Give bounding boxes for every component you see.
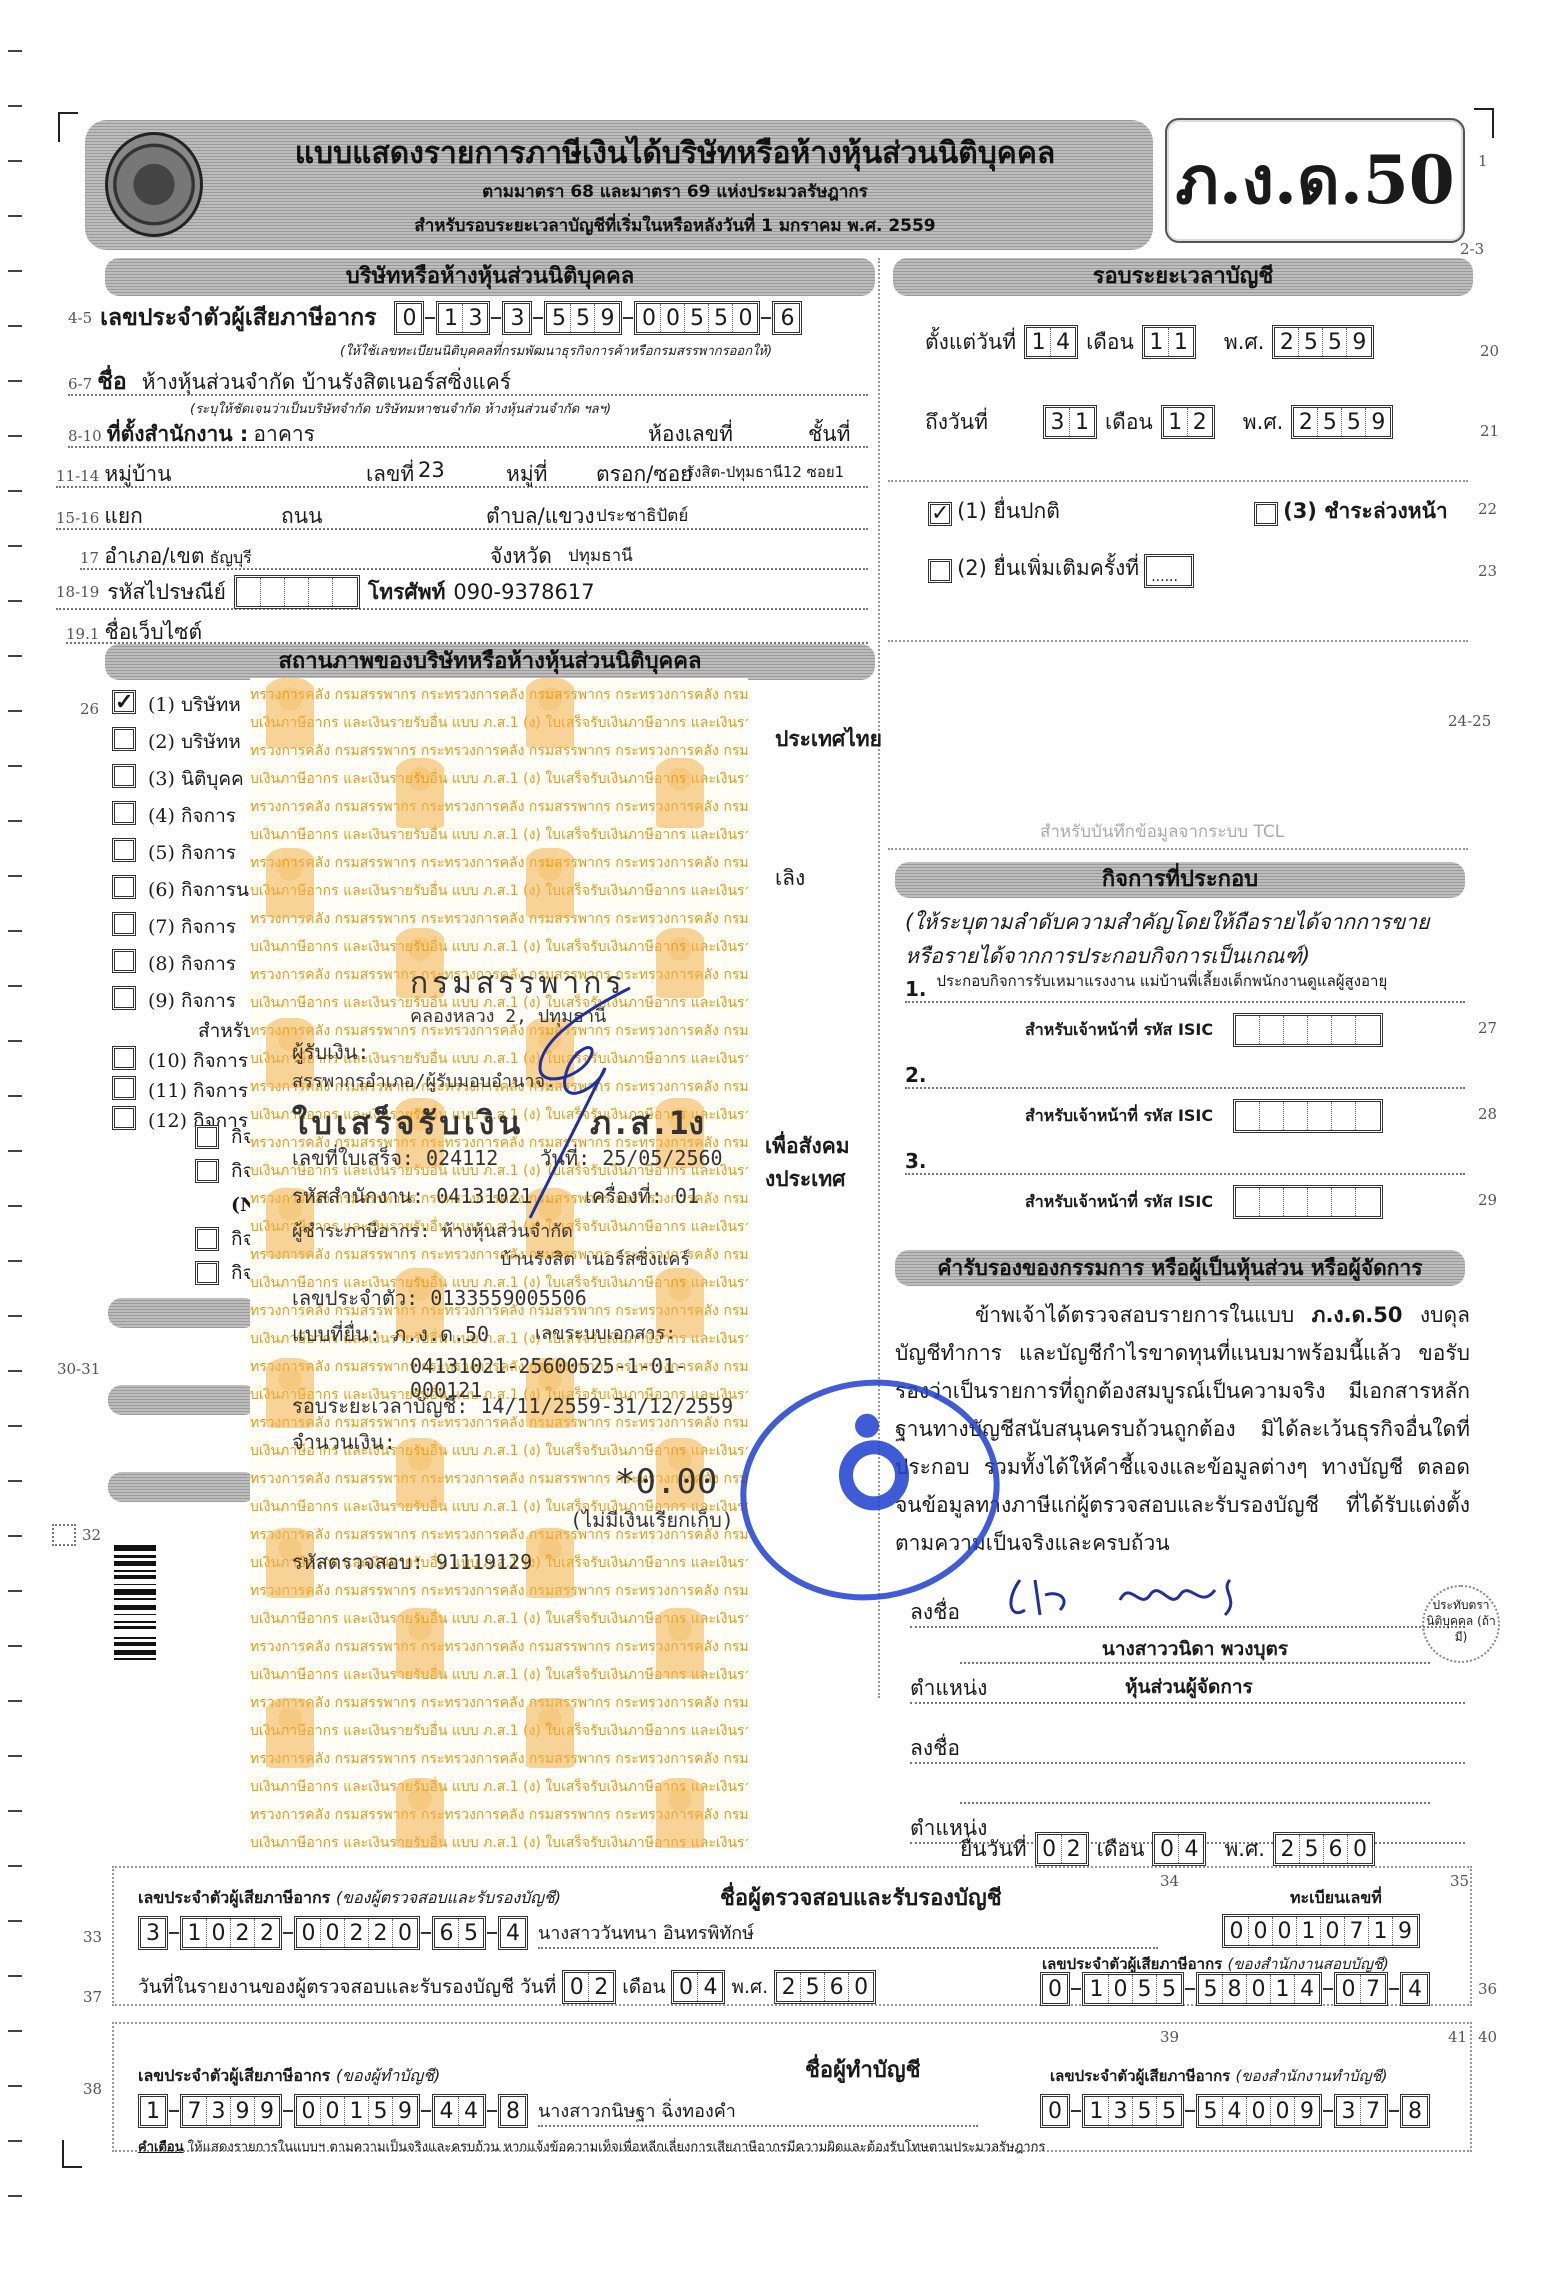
digit-cell: 4 bbox=[1223, 2097, 1247, 2125]
digit-group[interactable]: 3 bbox=[502, 301, 532, 335]
barcode-bar bbox=[114, 1658, 156, 1660]
digit-group[interactable]: 1 bbox=[138, 2094, 168, 2128]
auditor-taxid-input[interactable]: 3102200220654 bbox=[138, 1916, 528, 1950]
from-year-input[interactable]: 2559 bbox=[1272, 325, 1374, 359]
tax-id-input[interactable]: 0133559005506 bbox=[394, 301, 802, 335]
field-no: 29 bbox=[1478, 1191, 1497, 1209]
status-tail: เพื่อสังคม bbox=[765, 1130, 850, 1163]
filing-advance-label: (3) ชำระล่วงหน้า bbox=[1283, 499, 1448, 523]
warning-label: คำเตือน bbox=[138, 2140, 184, 2155]
digit-group[interactable]: 1355 bbox=[1082, 2094, 1184, 2128]
margin-tick bbox=[8, 490, 22, 492]
margin-tick bbox=[8, 1865, 22, 1867]
checkbox-filing-additional[interactable] bbox=[928, 559, 952, 583]
digit-cell: 8 bbox=[1223, 1975, 1247, 2003]
watermark-text: ทรวงการคลัง กรมสรรพากร กระทรวงการคลัง กร… bbox=[250, 908, 748, 930]
digit-cell: 3 bbox=[505, 304, 529, 332]
digit-cell: 1 bbox=[1297, 1917, 1321, 1945]
auditor-reg-input[interactable]: 00010719 bbox=[1222, 1914, 1420, 1948]
bookkeeper-taxid-input[interactable]: 1739900159448 bbox=[138, 2094, 528, 2128]
signer-name-line-2 bbox=[960, 1774, 1430, 1804]
to-day-input[interactable]: 31 bbox=[1043, 405, 1097, 439]
field-no: 17 bbox=[80, 549, 99, 567]
from-day-input[interactable]: 14 bbox=[1024, 325, 1078, 359]
house-number-value[interactable]: 23 bbox=[418, 458, 445, 482]
dash bbox=[425, 317, 435, 319]
signer-signature-icon bbox=[1000, 1570, 1260, 1630]
digit-group[interactable]: 1022 bbox=[180, 1916, 282, 1950]
field-no: 27 bbox=[1478, 1019, 1497, 1037]
auditor-taxid-row: 3102200220654 นางสาววันทนา อินทรพิทักษ์ bbox=[138, 1916, 1158, 1950]
digit-cell: 7 bbox=[1345, 1917, 1369, 1945]
field-no: 26 bbox=[80, 700, 99, 718]
margin-tick bbox=[8, 710, 22, 712]
digit-cell: 1 bbox=[1164, 408, 1188, 436]
digit-cell: 1 bbox=[1085, 2097, 1109, 2125]
margin-tick bbox=[8, 325, 22, 327]
digit-cell bbox=[1284, 1016, 1308, 1044]
status-checkbox[interactable]: ✓ bbox=[112, 690, 136, 714]
margin-tick bbox=[8, 765, 22, 767]
postal-label: รหัสไปรษณีย์ bbox=[107, 576, 226, 609]
auditor-name-label: ชื่อผู้ตรวจสอบและรับรองบัญชี bbox=[720, 1880, 1002, 1915]
receipt-receiver-label: ผู้รับเงิน: bbox=[292, 1036, 369, 1068]
province-value[interactable]: ปทุมธานี bbox=[568, 542, 633, 569]
margin-tick bbox=[8, 1425, 22, 1427]
digit-group[interactable]: 1055 bbox=[1082, 1972, 1184, 2006]
digit-group[interactable]: 44 bbox=[432, 2094, 486, 2128]
floor-label: ชั้นที่ bbox=[808, 418, 850, 451]
margin-tick bbox=[8, 215, 22, 217]
dash bbox=[1185, 1988, 1195, 1990]
digit-cell: 0 bbox=[1225, 1917, 1249, 1945]
cert-form-code: ภ.ง.ด.50 bbox=[1312, 1303, 1403, 1327]
digit-group[interactable]: 8 bbox=[1400, 2094, 1430, 2128]
status-label: (11) กิจการ bbox=[148, 1080, 248, 1102]
dash bbox=[1071, 2110, 1081, 2112]
status-label: (10) กิจการ bbox=[148, 1050, 248, 1072]
form-code: ภ.ง.ด.50 bbox=[1175, 128, 1454, 233]
field-no: 15-16 bbox=[56, 509, 99, 527]
digit-cell: 4 bbox=[435, 2097, 459, 2125]
filed-month-input[interactable]: 04 bbox=[1152, 1832, 1206, 1866]
status-label: (1) บริษัทห bbox=[148, 694, 241, 716]
tcl-area-divider bbox=[888, 848, 1468, 850]
digit-cell: 2 bbox=[345, 1919, 369, 1947]
digit-cell: 5 bbox=[709, 304, 733, 332]
margin-tick bbox=[8, 2140, 22, 2142]
status-section-heading: สถานภาพของบริษัทหรือห้างหุ้นส่วนนิติบุคค… bbox=[105, 644, 875, 680]
bookkeeper-name-label: ชื่อผู้ทำบัญชี bbox=[805, 2052, 921, 2087]
digit-group[interactable]: 58014 bbox=[1196, 1972, 1322, 2006]
auditor-taxid-label: เลขประจำตัวผู้เสียภาษีอากร (ของผู้ตรวจสอ… bbox=[138, 1886, 561, 1911]
seal-note: ประทับตรา นิติบุคคล (ถ้ามี) bbox=[1426, 1598, 1496, 1644]
digit-cell: 2 bbox=[1276, 1835, 1300, 1863]
report-date-label: วันที่ในรายงานของผู้ตรวจสอบและรับรองบัญช… bbox=[138, 1972, 556, 2002]
digit-cell: 1 bbox=[439, 304, 463, 332]
margin-tick bbox=[8, 545, 22, 547]
digit-cell bbox=[1308, 1102, 1332, 1130]
digit-group[interactable]: 7399 bbox=[180, 2094, 282, 2128]
status-checkbox[interactable] bbox=[112, 1106, 136, 1130]
bookkeeper-name[interactable]: นางสาวกนิษฐา ฉิ่งทองคำ bbox=[538, 2096, 978, 2127]
status-checkbox[interactable] bbox=[112, 1076, 136, 1100]
receipt-taxid-label: เลขประจำตัว: bbox=[292, 1286, 418, 1310]
margin-tick bbox=[8, 1260, 22, 1262]
period-from-row: ตั้งแต่วันที่ 14 เดือน 11 พ.ศ. 2559 bbox=[925, 325, 1374, 359]
check-code-label: รหัสตรวจสอบ: bbox=[292, 1550, 424, 1574]
from-year-label: พ.ศ. bbox=[1224, 326, 1265, 359]
digit-cell: 5 bbox=[547, 304, 571, 332]
postal-code-input[interactable] bbox=[234, 575, 360, 609]
form-header: แบบแสดงรายการภาษีเงินได้บริษัทหรือห้างหุ… bbox=[85, 120, 1153, 250]
tax-receipt: ทรวงการคลัง กรมสรรพากร กระทรวงการคลัง กร… bbox=[250, 678, 748, 1853]
digit-cell: 0 bbox=[297, 1919, 321, 1947]
digit-cell: 0 bbox=[1273, 1917, 1297, 1945]
digit-cell: 0 bbox=[297, 2097, 321, 2125]
digit-cell bbox=[1260, 1016, 1284, 1044]
moo-label: หมู่ที่ bbox=[506, 458, 548, 491]
soi-value[interactable]: รังสิต-ปทุมธานี12 ซอย1 bbox=[686, 460, 844, 484]
digit-cell bbox=[1260, 1188, 1284, 1216]
tax-section-bar bbox=[108, 1385, 258, 1415]
digit-group[interactable]: 65 bbox=[432, 1916, 486, 1950]
filed-date-row: ยื่นวันที่ 02 เดือน 04 พ.ศ. 2560 bbox=[960, 1832, 1375, 1866]
form-filed-label: แบบที่ยื่น: bbox=[292, 1322, 381, 1346]
machine-no: 01 bbox=[675, 1184, 699, 1208]
watermark-text: บเงินภาษีอากร และเงินรายรับอื่น แบบ ภ.ส.… bbox=[250, 712, 748, 734]
corner-mark-bl bbox=[62, 2140, 64, 2168]
digit-cell: 5 bbox=[1318, 408, 1342, 436]
garuda-emblem-icon bbox=[650, 1608, 710, 1678]
digit-cell bbox=[1284, 1102, 1308, 1130]
district-value[interactable]: ธัญบุรี bbox=[210, 548, 252, 567]
label-note: (ของสำนักงานสอบบัญชี) bbox=[1227, 1955, 1388, 1973]
report-year-input[interactable]: 2560 bbox=[774, 1970, 876, 2004]
subdistrict-label: ตำบล/แขวง bbox=[486, 500, 595, 533]
digit-cell: 5 bbox=[1199, 2097, 1223, 2125]
label-text: เลขประจำตัวผู้เสียภาษีอากร bbox=[1050, 2067, 1230, 2085]
field-no: 30-31 bbox=[57, 1360, 100, 1378]
barcode-bar bbox=[114, 1584, 156, 1585]
bookkeeper-office-taxid-label: เลขประจำตัวผู้เสียภาษีอากร (ของสำนักงานท… bbox=[1050, 2064, 1387, 2088]
isic-label: สำหรับเจ้าหน้าที่ รหัส ISIC bbox=[1025, 1190, 1213, 1215]
office-row: 8-10 ที่ตั้งสำนักงาน : อาคาร ห้องเลขที่ … bbox=[68, 418, 868, 448]
dash bbox=[487, 2110, 497, 2112]
digit-cell: 2 bbox=[231, 1919, 255, 1947]
digit-group[interactable]: 4 bbox=[498, 1916, 528, 1950]
barcode-bar bbox=[114, 1626, 156, 1629]
digit-group[interactable]: 559 bbox=[544, 301, 622, 335]
digit-cell: 4 bbox=[698, 1973, 722, 2001]
field-no: 35 bbox=[1450, 1872, 1469, 1890]
digit-group[interactable]: 4 bbox=[1400, 1972, 1430, 2006]
label-text: เลขประจำตัวผู้เสียภาษีอากร bbox=[1042, 1955, 1222, 1973]
auditor-report-date-row: วันที่ในรายงานของผู้ตรวจสอบและรับรองบัญช… bbox=[138, 1970, 876, 2004]
barcode-bar bbox=[114, 1598, 156, 1600]
address-row-3: 17 อำเภอ/เขต ธัญบุรี จังหวัด ปทุมธานี bbox=[80, 540, 868, 570]
digit-cell: 1 bbox=[141, 2097, 165, 2125]
margin-tick bbox=[8, 1535, 22, 1537]
village-label: หมู่บ้าน bbox=[104, 462, 171, 486]
digit-cell: 0 bbox=[397, 304, 421, 332]
digit-cell bbox=[1356, 1188, 1380, 1216]
digit-group[interactable]: 3 bbox=[138, 1916, 168, 1950]
margin-tick bbox=[8, 1040, 22, 1042]
filing-additional[interactable]: (2) ยื่นเพิ่มเติมครั้งที่ ...... bbox=[928, 552, 1194, 588]
label-note: (ของสำนักงานทำบัญชี) bbox=[1235, 2067, 1387, 2085]
auditor-office-taxid-input[interactable]: 0105558014074 bbox=[1040, 1972, 1430, 2006]
digit-group[interactable]: 00159 bbox=[294, 2094, 420, 2128]
checkbox-filing-normal[interactable]: ✓ bbox=[928, 502, 952, 526]
garuda-emblem-icon bbox=[390, 1608, 450, 1678]
status-checkbox[interactable] bbox=[112, 727, 136, 751]
status-checkbox[interactable] bbox=[195, 1125, 219, 1149]
office-label: ที่ตั้งสำนักงาน : bbox=[107, 422, 249, 446]
status-checkbox[interactable] bbox=[112, 764, 136, 788]
period-divider bbox=[888, 480, 1468, 482]
field-no: 23 bbox=[1478, 562, 1497, 580]
digit-cell: 0 bbox=[1321, 1917, 1345, 1945]
digit-cell: 3 bbox=[1337, 2097, 1361, 2125]
status-tail: เลิง bbox=[775, 862, 805, 895]
corner-mark-tr-v bbox=[1492, 108, 1494, 138]
auditor-name[interactable]: นางสาววันทนา อินทรพิทักษ์ bbox=[538, 1918, 1158, 1949]
bookkeeper-office-taxid-input[interactable]: 0135554009378 bbox=[1040, 2094, 1430, 2128]
digit-cell: 0 bbox=[1155, 1835, 1179, 1863]
soi-label: ตรอก/ซอย bbox=[596, 458, 693, 491]
isic-input[interactable] bbox=[1233, 1185, 1383, 1219]
label-text: เลขประจำตัวผู้เสียภาษีอากร bbox=[138, 1888, 330, 1907]
field-no: 20 bbox=[1480, 342, 1499, 360]
label-note: (ของผู้ตรวจสอบและรับรองบัญชี) bbox=[336, 1888, 561, 1907]
dash bbox=[1389, 1988, 1399, 1990]
digit-group[interactable]: 00220 bbox=[294, 1916, 420, 1950]
phone-value[interactable]: 090-9378617 bbox=[453, 580, 594, 604]
status-checkbox[interactable] bbox=[112, 1046, 136, 1070]
digit-cell: 0 bbox=[321, 1919, 345, 1947]
digit-cell: 6 bbox=[775, 304, 799, 332]
digit-group[interactable]: 00550 bbox=[634, 301, 760, 335]
filing-normal[interactable]: ✓ (1) ยื่นปกติ bbox=[928, 495, 1060, 528]
form-code-box: ภ.ง.ด.50 bbox=[1165, 118, 1465, 243]
digit-cell: 0 bbox=[733, 304, 757, 332]
digit-cell: 9 bbox=[595, 304, 619, 332]
status-checkbox[interactable] bbox=[112, 838, 136, 862]
status-checkbox[interactable] bbox=[112, 949, 136, 973]
status-checkbox[interactable] bbox=[195, 1227, 219, 1251]
digit-cell bbox=[1356, 1102, 1380, 1130]
watermark-text: ทรวงการคลัง กรมสรรพากร กระทรวงการคลัง กร… bbox=[250, 852, 748, 874]
digit-cell bbox=[1332, 1016, 1356, 1044]
checkbox-filing-advance[interactable] bbox=[1254, 502, 1278, 526]
period-to-label: ถึงวันที่ bbox=[925, 406, 1035, 439]
digit-cell: 0 bbox=[1348, 1835, 1372, 1863]
emblem-icon bbox=[105, 132, 203, 237]
company-name-value[interactable]: ห้างหุ้นส่วนจำกัด บ้านรังสิตเนอร์สซิ่งแค… bbox=[142, 370, 511, 394]
to-year-input[interactable]: 2559 bbox=[1291, 405, 1393, 439]
digit-cell: 0 bbox=[1109, 1975, 1133, 2003]
address-row-2: 15-16 แยก ถนน ตำบล/แขวง ประชาธิปัตย์ bbox=[56, 500, 868, 530]
field-no: 32 bbox=[82, 1526, 101, 1544]
digit-cell: 3 bbox=[463, 304, 487, 332]
status-checkbox[interactable] bbox=[112, 912, 136, 936]
position-label: ตำแหน่ง bbox=[910, 1676, 987, 1700]
margin-tick bbox=[8, 1315, 22, 1317]
margin-tick bbox=[8, 875, 22, 877]
garuda-emblem-icon bbox=[520, 678, 580, 748]
digit-cell: 0 bbox=[321, 2097, 345, 2125]
margin-tick bbox=[8, 600, 22, 602]
phone-label: โทรศัพท์ bbox=[368, 576, 445, 609]
digit-group[interactable]: 0 bbox=[1040, 1972, 1070, 2006]
barcode-bar bbox=[114, 1621, 156, 1623]
isic-input[interactable] bbox=[1233, 1099, 1383, 1133]
tcl-area-divider bbox=[888, 640, 1468, 642]
field-no: 2-3 bbox=[1460, 240, 1484, 258]
field-no: 8-10 bbox=[68, 427, 102, 445]
to-month-input[interactable]: 12 bbox=[1161, 405, 1215, 439]
report-month-input[interactable]: 04 bbox=[671, 1970, 725, 2004]
margin-tick bbox=[8, 50, 22, 52]
margin-tick bbox=[8, 160, 22, 162]
subdistrict-value[interactable]: ประชาธิปัตย์ bbox=[596, 502, 688, 529]
dash bbox=[487, 1932, 497, 1934]
position-line-1: ตำแหน่ง หุ้นส่วนผู้จัดการ bbox=[910, 1672, 1465, 1704]
company-name-row: 6-7 ชื่อ ห้างหุ้นส่วนจำกัด บ้านรังสิตเนอ… bbox=[68, 364, 868, 396]
margin-tick bbox=[8, 1370, 22, 1372]
digit-cell bbox=[1308, 1016, 1332, 1044]
digit-cell: 5 bbox=[369, 2097, 393, 2125]
status-checkbox[interactable] bbox=[112, 875, 136, 899]
checkbox-32[interactable] bbox=[52, 1524, 76, 1546]
margin-tick bbox=[8, 1975, 22, 1977]
position-value[interactable]: หุ้นส่วนผู้จัดการ bbox=[1125, 1672, 1253, 1702]
digit-cell: 6 bbox=[435, 1919, 459, 1947]
digit-group[interactable]: 6 bbox=[772, 301, 802, 335]
receipt-form-row: แบบที่ยื่น: ภ.ง.ด.50 bbox=[292, 1318, 489, 1350]
report-day-input[interactable]: 02 bbox=[562, 1970, 616, 2004]
isic-label: สำหรับเจ้าหน้าที่ รหัส ISIC bbox=[1025, 1018, 1213, 1043]
dash bbox=[169, 1932, 179, 1934]
barcode-bar bbox=[114, 1589, 156, 1595]
status-label: (8) กิจการ bbox=[148, 953, 236, 975]
garuda-emblem-icon bbox=[650, 758, 710, 828]
barcode-bar bbox=[114, 1650, 156, 1655]
payer-name-2: บ้านรังสิต เนอร์สซิ่งแคร์ bbox=[500, 1244, 690, 1273]
digit-cell bbox=[1236, 1016, 1260, 1044]
dash bbox=[1185, 2110, 1195, 2112]
digit-group[interactable]: 0 bbox=[1040, 2094, 1070, 2128]
address-row-1: 11-14 หมู่บ้าน เลขที่ 23 หมู่ที่ ตรอก/ซอ… bbox=[56, 458, 868, 488]
digit-cell: 5 bbox=[1157, 2097, 1181, 2125]
filed-label: ยื่นวันที่ bbox=[960, 1833, 1027, 1866]
field-no: 41 bbox=[1448, 2028, 1467, 2046]
digit-cell: 0 bbox=[1247, 1975, 1271, 2003]
dash bbox=[421, 1932, 431, 1934]
digit-cell: 4 bbox=[1179, 1835, 1203, 1863]
digit-cell: 1 bbox=[1085, 1975, 1109, 2003]
digit-cell: 0 bbox=[1247, 2097, 1271, 2125]
status-label: (7) กิจการ bbox=[148, 916, 236, 938]
corner-mark-tl bbox=[58, 112, 78, 114]
additional-count-input[interactable]: ...... bbox=[1144, 554, 1194, 588]
form-filed: ภ.ง.ด.50 bbox=[393, 1322, 489, 1346]
digit-cell: 1 bbox=[1369, 1917, 1393, 1945]
field-no: 40 bbox=[1478, 2028, 1497, 2046]
digit-cell: 7 bbox=[1361, 2097, 1385, 2125]
cert-text: ข้าพเจ้าได้ตรวจสอบรายการในแบบ bbox=[975, 1303, 1294, 1327]
receipt-period-row: รอบระยะเวลาบัญชี: 14/11/2559-31/12/2559 bbox=[292, 1390, 733, 1422]
garuda-emblem-icon bbox=[390, 1438, 450, 1508]
barcode-bar bbox=[114, 1545, 156, 1551]
digit-cell: 1 bbox=[1070, 408, 1094, 436]
report-year-label: พ.ศ. bbox=[731, 1972, 768, 2002]
filed-year-input[interactable]: 2560 bbox=[1273, 1832, 1375, 1866]
digit-group[interactable]: 8 bbox=[498, 2094, 528, 2128]
digit-group[interactable]: 13 bbox=[436, 301, 490, 335]
digit-cell bbox=[1356, 1016, 1380, 1044]
margin-tick bbox=[8, 930, 22, 932]
digit-cell: 2 bbox=[1294, 408, 1318, 436]
label-text: เลขประจำตัวผู้เสียภาษีอากร bbox=[138, 2066, 330, 2085]
amount-value: *0.00 bbox=[615, 1462, 717, 1502]
status-checkbox[interactable] bbox=[195, 1261, 219, 1285]
dash bbox=[491, 317, 501, 319]
digit-cell: 0 bbox=[637, 304, 661, 332]
business-value[interactable]: ประกอบกิจการรับเหมาแรงงาน แม่บ้านพี่เลี้… bbox=[937, 969, 1388, 993]
room-label: ห้องเลขที่ bbox=[648, 418, 733, 451]
digit-group[interactable]: 07 bbox=[1334, 1972, 1388, 2006]
filing-advance[interactable]: (3) ชำระล่วงหน้า bbox=[1254, 495, 1448, 528]
digit-group[interactable]: 37 bbox=[1334, 2094, 1388, 2128]
barcode-bar bbox=[114, 1605, 156, 1610]
digit-cell: 9 bbox=[393, 2097, 417, 2125]
company-name-note: (ระบุให้ชัดเจนว่าเป็นบริษัทจำกัด บริษัทม… bbox=[190, 398, 611, 419]
field-no: 33 bbox=[83, 1928, 102, 1946]
margin-tick bbox=[8, 2195, 22, 2197]
digit-cell: 5 bbox=[1323, 328, 1347, 356]
status-checkbox[interactable] bbox=[112, 986, 136, 1010]
digit-cell: 0 bbox=[661, 304, 685, 332]
label-note: (ของผู้ทำบัญชี) bbox=[336, 2066, 440, 2085]
isic-input[interactable] bbox=[1233, 1013, 1383, 1047]
margin-tick bbox=[8, 105, 22, 107]
margin-tick bbox=[8, 1095, 22, 1097]
from-month-input[interactable]: 11 bbox=[1142, 325, 1196, 359]
website-row: 19.1 ชื่อเว็บไซต์ bbox=[66, 616, 868, 644]
status-checkbox[interactable] bbox=[195, 1159, 219, 1183]
business-index: 2. bbox=[905, 1063, 927, 1087]
digit-cell: 1 bbox=[1169, 328, 1193, 356]
status-checkbox[interactable] bbox=[112, 801, 136, 825]
digit-cell: 7 bbox=[183, 2097, 207, 2125]
business-note: (ให้ระบุตามลำดับความสำคัญโดยให้ถือรายได้… bbox=[905, 905, 1465, 973]
filed-day-input[interactable]: 02 bbox=[1035, 1832, 1089, 1866]
barcode-bar bbox=[114, 1575, 156, 1579]
dash bbox=[533, 317, 543, 319]
signer-name[interactable]: นางสาววนิดา พวงบุตร bbox=[1102, 1638, 1288, 1660]
status-label: (3) นิติบุคค bbox=[148, 768, 244, 790]
dash bbox=[283, 2110, 293, 2112]
margin-tick bbox=[8, 435, 22, 437]
digit-group[interactable]: 54009 bbox=[1196, 2094, 1322, 2128]
warning-row: คำเตือน ให้แสดงรายการในแบบฯ ตามความเป็นจ… bbox=[138, 2136, 1046, 2157]
barcode-bar bbox=[114, 1614, 156, 1615]
digit-group[interactable]: 0 bbox=[394, 301, 424, 335]
garuda-emblem-icon bbox=[390, 758, 450, 828]
digit-cell: 3 bbox=[141, 1919, 165, 1947]
